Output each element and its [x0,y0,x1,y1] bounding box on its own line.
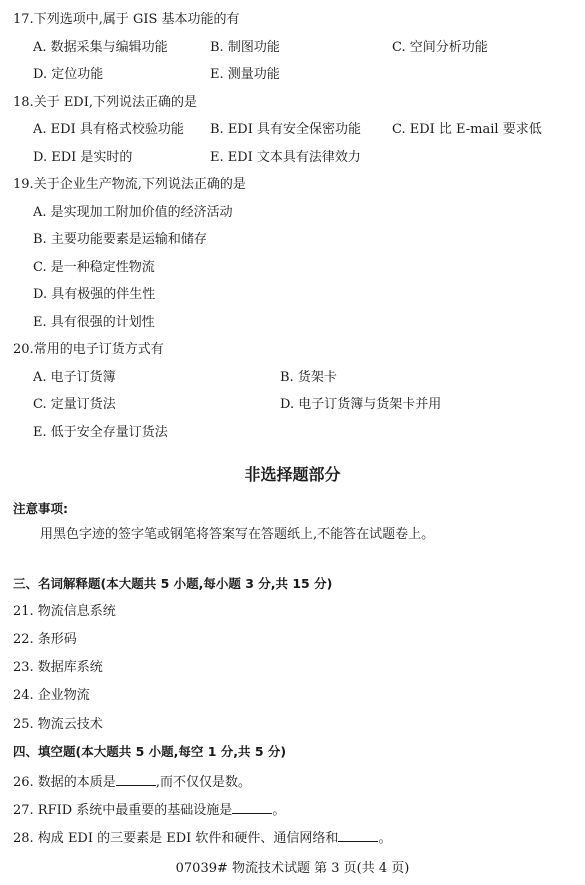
q19-option-b: B. 主要功能要素是运输和储存 [33,232,207,248]
term-item-23: 23. 数据库系统 [13,660,103,676]
answer-blank [232,801,272,814]
section-3-title: 三、名词解释题(本大题共 5 小题,每小题 3 分,共 15 分) [13,576,332,592]
q19-option-d: D. 具有极强的伴生性 [33,287,155,303]
fill-text-before: 27. RFID 系统中最重要的基础设施是 [13,803,232,818]
question-text: 常用的电子订货方式有 [34,342,164,357]
q20-option-e: E. 低于安全存量订货法 [33,425,168,441]
q17-option-d: D. 定位功能 [33,67,103,83]
question-text: 下列选项中,属于 GIS 基本功能的有 [34,12,240,27]
q19-option-c: C. 是一种稳定性物流 [33,260,155,276]
question-number: 19. [13,177,34,192]
q19-option-a: A. 是实现加工附加价值的经济活动 [33,205,233,221]
fill-item-28: 28. 构成 EDI 的三要素是 EDI 软件和硬件、通信网络和。 [13,829,391,847]
fill-text-after: ,而不仅仅是数。 [156,775,251,790]
fill-text-before: 28. 构成 EDI 的三要素是 EDI 软件和硬件、通信网络和 [13,831,338,846]
section-4-title: 四、填空题(本大题共 5 小题,每空 1 分,共 5 分) [13,744,286,760]
q18-option-e: E. EDI 文本具有法律效力 [210,150,361,166]
q18-option-c: C. EDI 比 E-mail 要求低 [392,122,542,138]
question-17-stem: 17.下列选项中,属于 GIS 基本功能的有 [13,12,240,28]
q17-option-a: A. 数据采集与编辑功能 [33,40,168,56]
q20-option-d: D. 电子订货簿与货架卡并用 [280,397,441,413]
part-heading: 非选择题部分 [0,462,585,485]
fill-text-after: 。 [378,831,391,846]
q17-option-c: C. 空间分析功能 [392,40,488,56]
q18-option-b: B. EDI 具有安全保密功能 [210,122,361,138]
term-item-24: 24. 企业物流 [13,688,90,704]
term-item-25: 25. 物流云技术 [13,717,103,733]
question-text: 关于 EDI,下列说法正确的是 [34,95,197,110]
question-number: 20. [13,342,34,357]
notice-body: 用黑色字迹的签字笔或钢笔将答案写在答题纸上,不能答在试题卷上。 [40,527,434,543]
question-20-stem: 20.常用的电子订货方式有 [13,342,164,358]
fill-text-after: 。 [272,803,285,818]
q20-option-b: B. 货架卡 [280,370,337,386]
question-18-stem: 18.关于 EDI,下列说法正确的是 [13,95,197,111]
question-number: 18. [13,95,34,110]
q19-option-e: E. 具有很强的计划性 [33,315,155,331]
term-item-21: 21. 物流信息系统 [13,604,116,620]
page-footer: 07039# 物流技术试题 第 3 页(共 4 页) [0,857,585,876]
question-number: 17. [13,12,34,27]
answer-blank [116,773,156,786]
question-19-stem: 19.关于企业生产物流,下列说法正确的是 [13,177,246,193]
q20-option-c: C. 定量订货法 [33,397,116,413]
answer-blank [338,829,378,842]
term-item-22: 22. 条形码 [13,632,77,648]
q17-option-b: B. 制图功能 [210,40,280,56]
q18-option-d: D. EDI 是实时的 [33,150,132,166]
question-text: 关于企业生产物流,下列说法正确的是 [34,177,246,192]
fill-text-before: 26. 数据的本质是 [13,775,116,790]
fill-item-26: 26. 数据的本质是,而不仅仅是数。 [13,773,251,791]
fill-item-27: 27. RFID 系统中最重要的基础设施是。 [13,801,285,819]
notice-title: 注意事项: [13,501,68,517]
q18-option-a: A. EDI 具有格式校验功能 [33,122,184,138]
q20-option-a: A. 电子订货簿 [33,370,116,386]
q17-option-e: E. 测量功能 [210,67,280,83]
